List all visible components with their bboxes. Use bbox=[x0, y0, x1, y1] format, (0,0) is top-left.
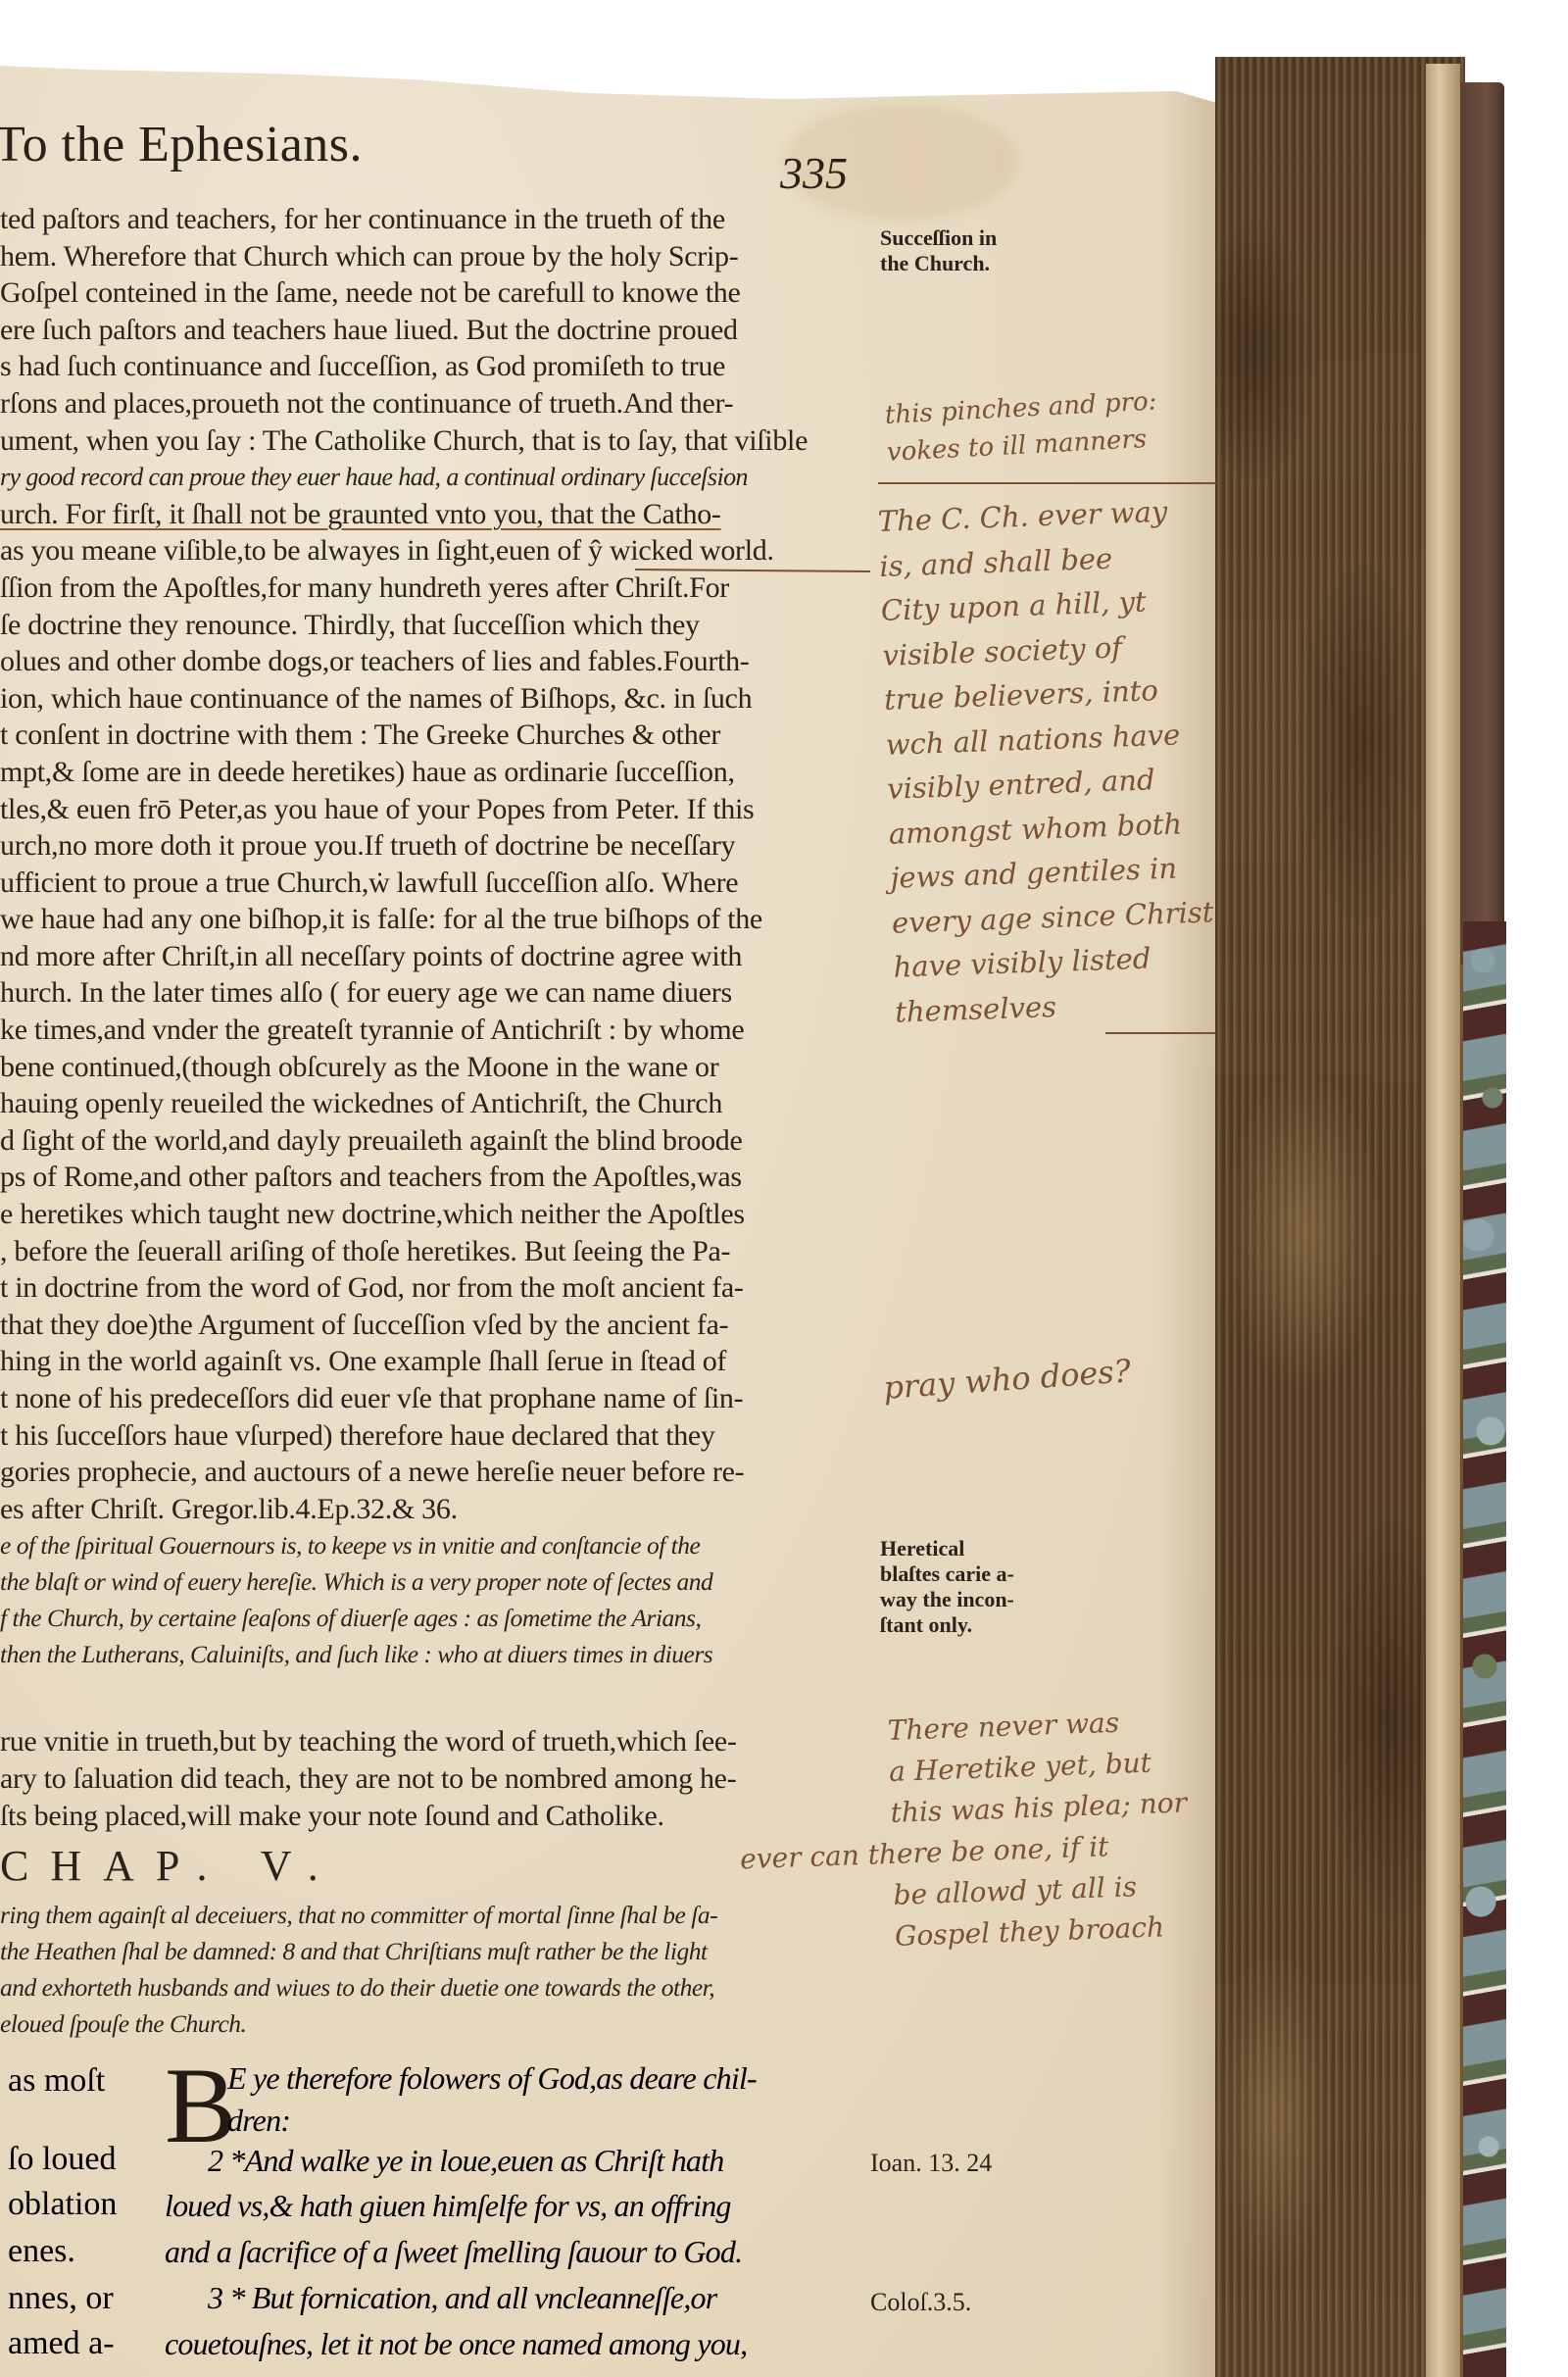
gloss-fragment: amed a- bbox=[8, 2325, 115, 2362]
trailing-stroke bbox=[1105, 1032, 1215, 1034]
text-line: t in doctrine from the word of God, nor … bbox=[0, 1269, 872, 1307]
text-line: ps of Rome,and other paſtors and teacher… bbox=[0, 1159, 872, 1196]
text-line: gories prophecie, and auctours of a newe… bbox=[0, 1454, 872, 1491]
summary-line: eloued ſpouſe the Church. bbox=[0, 2006, 872, 2042]
handwritten-note-catholic-church: The C. Ch. ever way is, and shall bee Ci… bbox=[877, 489, 1217, 1035]
text-line: ry good record can proue they euer haue … bbox=[0, 459, 872, 496]
text-line: olues and other dombe dogs,or teachers o… bbox=[0, 643, 872, 680]
separator-stroke bbox=[878, 482, 1216, 484]
text-line: bene continued,(though obſcurely as the … bbox=[0, 1049, 872, 1086]
cross-reference: Coloſ.3.5. bbox=[870, 2288, 971, 2317]
text-line: rue vnitie in trueth,but by teaching the… bbox=[0, 1723, 872, 1760]
gloss-fragment: nnes, or bbox=[8, 2280, 114, 2317]
text-line: ſe doctrine they renounce. Thirdly, that… bbox=[0, 607, 872, 644]
text-line: that they doe)the Argument of ſucceſſion… bbox=[0, 1307, 872, 1344]
verse-line: 3 * But fornication, and all vncleanneſſ… bbox=[208, 2280, 716, 2316]
text-line: ument, when you ſay : The Catholike Chur… bbox=[0, 422, 872, 460]
summary-line: the Heathen ſhal be damned: 8 and that C… bbox=[0, 1933, 872, 1969]
running-head: To the Ephesians. bbox=[0, 116, 363, 173]
text-line: Goſpel conteined in the ſame, neede not … bbox=[0, 274, 872, 312]
underlined-text: urch. For firſt, it ſhall not be graunte… bbox=[0, 498, 721, 530]
drop-cap: B bbox=[165, 2056, 236, 2154]
text-line: hem. Wherefore that Church which can pro… bbox=[0, 238, 872, 275]
side-note-line: way the incon- bbox=[880, 1587, 1014, 1612]
text-line: ſts being placed,will make your note ſou… bbox=[0, 1798, 872, 1835]
verse-line: 2 *And walke ye in loue,euen as Chriſt h… bbox=[208, 2143, 723, 2179]
verse-line: couetouſnes, let it not be once named am… bbox=[165, 2326, 747, 2362]
side-note-succession: Succeſſion in the Church. bbox=[880, 225, 997, 276]
gloss-fragment: enes. bbox=[8, 2233, 75, 2270]
text-line-underlined: urch. For firſt, it ſhall not be graunte… bbox=[0, 496, 872, 533]
text-line: urch,no more doth it proue you.If trueth… bbox=[0, 827, 872, 865]
text-line: ſſion from the Apoſtles,for many hundret… bbox=[0, 569, 872, 607]
endpaper-edge bbox=[1426, 64, 1460, 2377]
chapter-heading: CHAP. V. bbox=[0, 1841, 340, 1891]
cross-reference: Ioan. 13. 24 bbox=[870, 2149, 992, 2178]
text-line: t his ſucceſſors haue vſurped) therefore… bbox=[0, 1417, 872, 1455]
text-line: t none of his predeceſſors did euer vſe … bbox=[0, 1380, 872, 1417]
side-note-line: the Church. bbox=[880, 251, 997, 276]
verse-line: loued vs,& hath giuen himſelfe for vs, a… bbox=[165, 2188, 731, 2224]
text-span: as you meane viſible,to be alwayes in ſi… bbox=[0, 534, 774, 567]
quote-line: f the Church, by certaine ſeaſons of diu… bbox=[0, 1600, 872, 1636]
side-note-line: Succeſſion in bbox=[880, 225, 997, 251]
text-line: nd more after Chriſt,in all neceſſary po… bbox=[0, 938, 872, 975]
text-line: ke times,and vnder the greateſt tyrannie… bbox=[0, 1012, 872, 1049]
text-line: ere ſuch paſtors and teachers haue liued… bbox=[0, 312, 872, 349]
handwritten-note-heretike: There never was a Heretike yet, but this… bbox=[887, 1700, 1192, 1956]
text-line: s had ſuch continuance and ſucceſſion, a… bbox=[0, 348, 872, 385]
quote-line: e of the ſpiritual Gouernours is, to kee… bbox=[0, 1527, 872, 1563]
text-line: rſons and places,proueth not the continu… bbox=[0, 385, 872, 422]
text-line: ted paſtors and teachers, for her contin… bbox=[0, 201, 872, 238]
text-line: tles,& euen frō Peter,as you haue of you… bbox=[0, 791, 872, 828]
quote-line: then the Lutherans, Caluiniſts, and ſuch… bbox=[0, 1636, 872, 1672]
text-line: e heretikes which taught new doctrine,wh… bbox=[0, 1196, 872, 1233]
text-line: mpt,& ſome are in deede heretikes) haue … bbox=[0, 754, 872, 791]
text-line: hauing openly reueiled the wickednes of … bbox=[0, 1085, 872, 1122]
verse-line: and a ſacrifice of a ſweet ſmelling ſauo… bbox=[165, 2234, 742, 2270]
text-line: es after Chriſt. Gregor.lib.4.Ep.32.& 36… bbox=[0, 1491, 872, 1528]
spacer bbox=[0, 1672, 872, 1723]
text-line: ufficient to proue a true Church,ẇ lawfu… bbox=[0, 865, 872, 902]
side-note-heretical: Heretical blaſtes carie a- way the incon… bbox=[880, 1536, 1014, 1638]
verse-line: E ye therefore folowers of God,as deare … bbox=[227, 2060, 757, 2097]
gloss-fragment: as moſt bbox=[8, 2062, 105, 2100]
text-line: d ſight of the world,and dayly preuailet… bbox=[0, 1122, 872, 1160]
quote-line: the blaſt or wind of euery hereſie. Whic… bbox=[0, 1563, 872, 1600]
text-line-underlined: as you meane viſible,to be alwayes in ſi… bbox=[0, 532, 872, 569]
leather-cover-board bbox=[1460, 82, 1504, 965]
side-note-line: blaſtes carie a- bbox=[880, 1561, 1014, 1587]
summary-line: ring them againſt al deceiuers, that no … bbox=[0, 1897, 872, 1933]
text-line: ary to ſaluation did teach, they are not… bbox=[0, 1760, 872, 1798]
main-text-column: ted paſtors and teachers, for her contin… bbox=[0, 201, 872, 1834]
verse-line: dren: bbox=[227, 2103, 290, 2139]
text-line: hing in the world againſt vs. One exampl… bbox=[0, 1343, 872, 1380]
gloss-fragment: oblation bbox=[8, 2186, 117, 2223]
side-note-line: Heretical bbox=[880, 1536, 1014, 1561]
marbled-cover-board bbox=[1463, 921, 1506, 2377]
side-note-line: ſtant only. bbox=[880, 1612, 1014, 1638]
text-line: ion, which haue continuance of the names… bbox=[0, 680, 872, 718]
text-line: , before the ſeuerall ariſing of thoſe h… bbox=[0, 1233, 872, 1270]
chapter-summary: ring them againſt al deceiuers, that no … bbox=[0, 1897, 872, 2042]
page-number: 335 bbox=[780, 147, 848, 199]
text-line: hurch. In the later times alſo ( for eue… bbox=[0, 974, 872, 1012]
summary-line: and exhorteth husbands and wiues to do t… bbox=[0, 1969, 872, 2006]
gloss-fragment: ſo loued bbox=[8, 2141, 116, 2178]
text-line: t conſent in doctrine with them : The Gr… bbox=[0, 717, 872, 754]
handwritten-note-pinches: this pinches and pro: vokes to ill manne… bbox=[884, 382, 1159, 470]
text-line: we haue had any one biſhop,it is falſe: … bbox=[0, 901, 872, 938]
